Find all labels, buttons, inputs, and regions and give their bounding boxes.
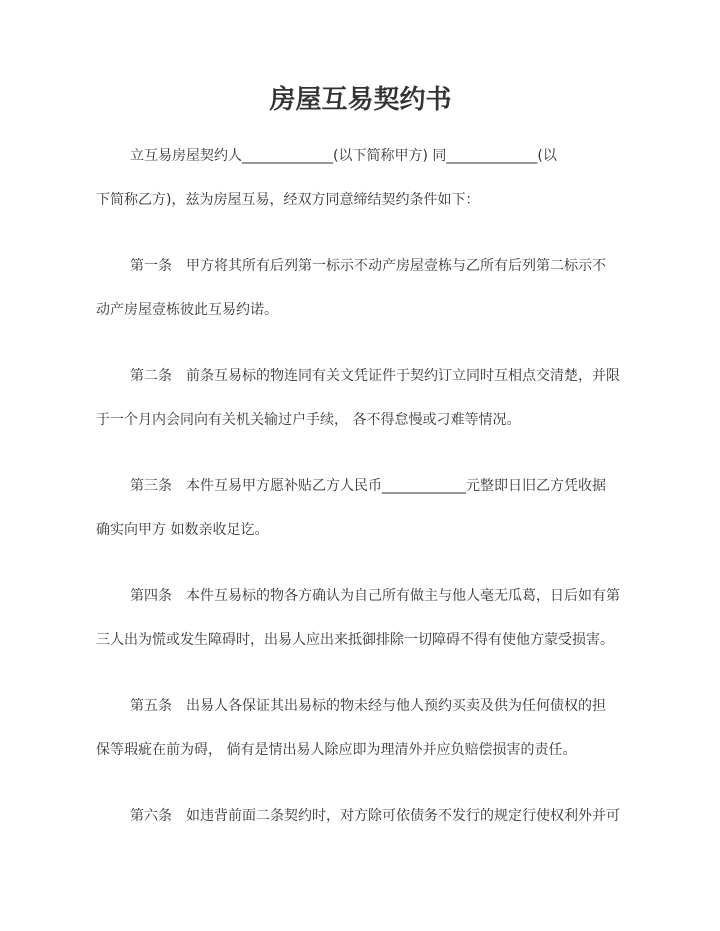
contract-paragraph: 立互易房屋契约人_____________(以下简称甲方) 同_________… (96, 135, 625, 222)
contract-line: 下简称乙方)，兹为房屋互易，经双方同意缔结契约条件如下： (96, 179, 625, 223)
contract-line: 第四条 本件互易标的物各方确认为自己所有做主与他人毫无瓜葛，日后如有第 (96, 575, 625, 619)
contract-line: 确实向甲方 如数亲收足讫。 (96, 509, 625, 553)
contract-line: 动产房屋壹栋彼此互易约诺。 (96, 289, 625, 333)
contract-paragraph: 第三条 本件互易甲方愿补贴乙方人民币____________元整即日旧乙方凭收据… (96, 465, 625, 552)
contract-paragraph: 第二条 前条互易标的物连同有关文凭证件于契约订立同时互相点交清楚，并限于一个月内… (96, 355, 625, 442)
contract-line: 保等瑕疵在前为碍， 倘有是情出易人除应即为理清外并应负赔偿损害的责任。 (96, 729, 625, 773)
contract-line: 立互易房屋契约人_____________(以下简称甲方) 同_________… (96, 135, 625, 179)
contract-line: 第六条 如违背前面二条契约时，对方除可依债务不发行的规定行使权利外并可 (96, 795, 625, 839)
contract-paragraph: 第四条 本件互易标的物各方确认为自己所有做主与他人毫无瓜葛，日后如有第三人出为慌… (96, 575, 625, 662)
contract-line: 第二条 前条互易标的物连同有关文凭证件于契约订立同时互相点交清楚，并限 (96, 355, 625, 399)
contract-paragraph: 第六条 如违背前面二条契约时，对方除可依债务不发行的规定行使权利外并可 (96, 795, 625, 839)
document-body: 立互易房屋契约人_____________(以下简称甲方) 同_________… (96, 135, 625, 839)
document-title: 房屋互易契约书 (96, 79, 625, 122)
contract-paragraph: 第五条 出易人各保证其出易标的物未经与他人预约买卖及供为任何债权的担保等瑕疵在前… (96, 685, 625, 772)
contract-line: 于一个月内会同向有关机关输过户手续， 各不得怠慢或刁难等情况。 (96, 399, 625, 443)
contract-paragraph: 第一条 甲方将其所有后列第一标示不动产房屋壹栋与乙所有后列第二标示不动产房屋壹栋… (96, 245, 625, 332)
contract-line: 第一条 甲方将其所有后列第一标示不动产房屋壹栋与乙所有后列第二标示不 (96, 245, 625, 289)
contract-document-page: 房屋互易契约书 立互易房屋契约人_____________(以下简称甲方) 同_… (0, 0, 720, 931)
contract-line: 第三条 本件互易甲方愿补贴乙方人民币____________元整即日旧乙方凭收据 (96, 465, 625, 509)
contract-line: 三人出为慌或发生障碍时，出易人应出来抵御排除一切障碍不得有使他方蒙受损害。 (96, 619, 625, 663)
contract-line: 第五条 出易人各保证其出易标的物未经与他人预约买卖及供为任何债权的担 (96, 685, 625, 729)
